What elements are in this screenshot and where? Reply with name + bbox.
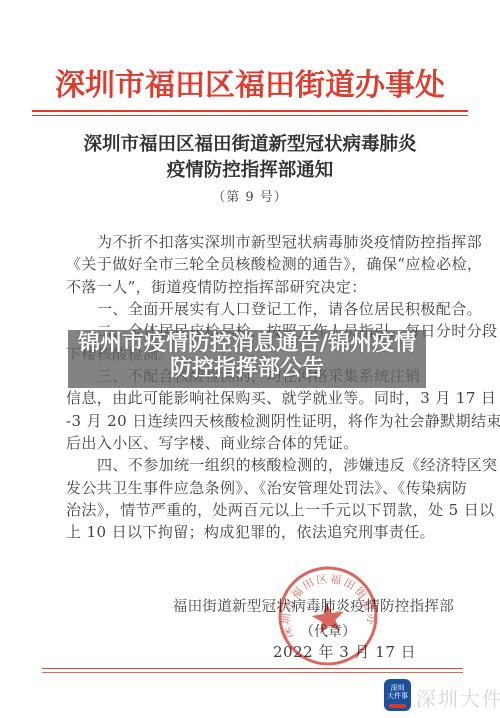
body-line: 上 10 日以下拘留；构成犯罪的，依法追究刑事责任。 xyxy=(66,521,466,543)
body-line: 信息，由此可能影响社保购买、就学就业等。同时，3 月 17 日 xyxy=(66,387,466,409)
body-line: 为不折不扣落实深圳市新型冠状病毒肺炎疫情防控指挥部 xyxy=(66,231,466,253)
body-line: 治法》，情节严重的，处两百元以上一千元以下罚款，处 5 日以 xyxy=(66,499,466,521)
body-line: 后出入小区、写字楼、商业综合体的凭证。 xyxy=(66,432,466,454)
watermark-icon-line1: 深圳 xyxy=(384,684,411,692)
body-line: 不落一人”，街道疫情防控指挥部研究决定： xyxy=(66,276,466,298)
body-line: 一、全面开展实有人口登记工作，请各位居民积极配合。 xyxy=(66,298,466,320)
document-photo: 深圳市福田区福田街道办事处 深圳市福田区福田街道新型冠状病毒肺炎 疫情防控指挥部… xyxy=(0,0,500,718)
body-line: 发公共卫生事件应急条例》、《治安管理处罚法》、《传染病防 xyxy=(66,477,466,499)
body-line: 四、不参加统一组织的核酸检测的，涉嫌违反《经济特区突 xyxy=(66,454,466,476)
watermark-icon-line2: 大件事 xyxy=(384,692,411,700)
overlay-caption-line2: 防控指挥部公告 xyxy=(58,357,436,382)
notice-title-line2: 疫情防控指挥部通知 xyxy=(0,156,500,182)
footer-rule xyxy=(42,668,463,673)
letterhead-rule xyxy=(32,110,468,116)
official-seal-icon: 深圳市福田区福田街道办事处 xyxy=(269,557,386,674)
notice-title-line1: 深圳市福田区福田街道新型冠状病毒肺炎 xyxy=(0,130,500,156)
overlay-caption-line1: 锦州市疫情防控消息通告/锦州疫情 xyxy=(58,332,436,357)
watermark-text: 深圳大件事 xyxy=(416,683,500,712)
letterhead-org-title: 深圳市福田区福田街道办事处 xyxy=(0,60,500,104)
seal-star-icon xyxy=(310,600,347,635)
watermark-icon-bar xyxy=(389,704,406,708)
watermark-icon-label: 深圳 大件事 xyxy=(384,679,411,700)
watermark-app-icon: 深圳 大件事 xyxy=(384,679,411,711)
body-line: 《关于做好全市三轮全员核酸检测的通告》，确保“应检必检， xyxy=(66,253,466,275)
body-line: -3 月 20 日连续四天核酸检测阴性证明，将作为社会静默期结束 xyxy=(66,410,466,432)
repost-overlay-caption: 锦州市疫情防控消息通告/锦州疫情 防控指挥部公告 xyxy=(58,332,436,381)
signature-issuer: 福田街道新型冠状病毒肺炎疫情防控指挥部 xyxy=(0,595,454,616)
notice-issue-number: （第 9 号） xyxy=(0,186,500,205)
